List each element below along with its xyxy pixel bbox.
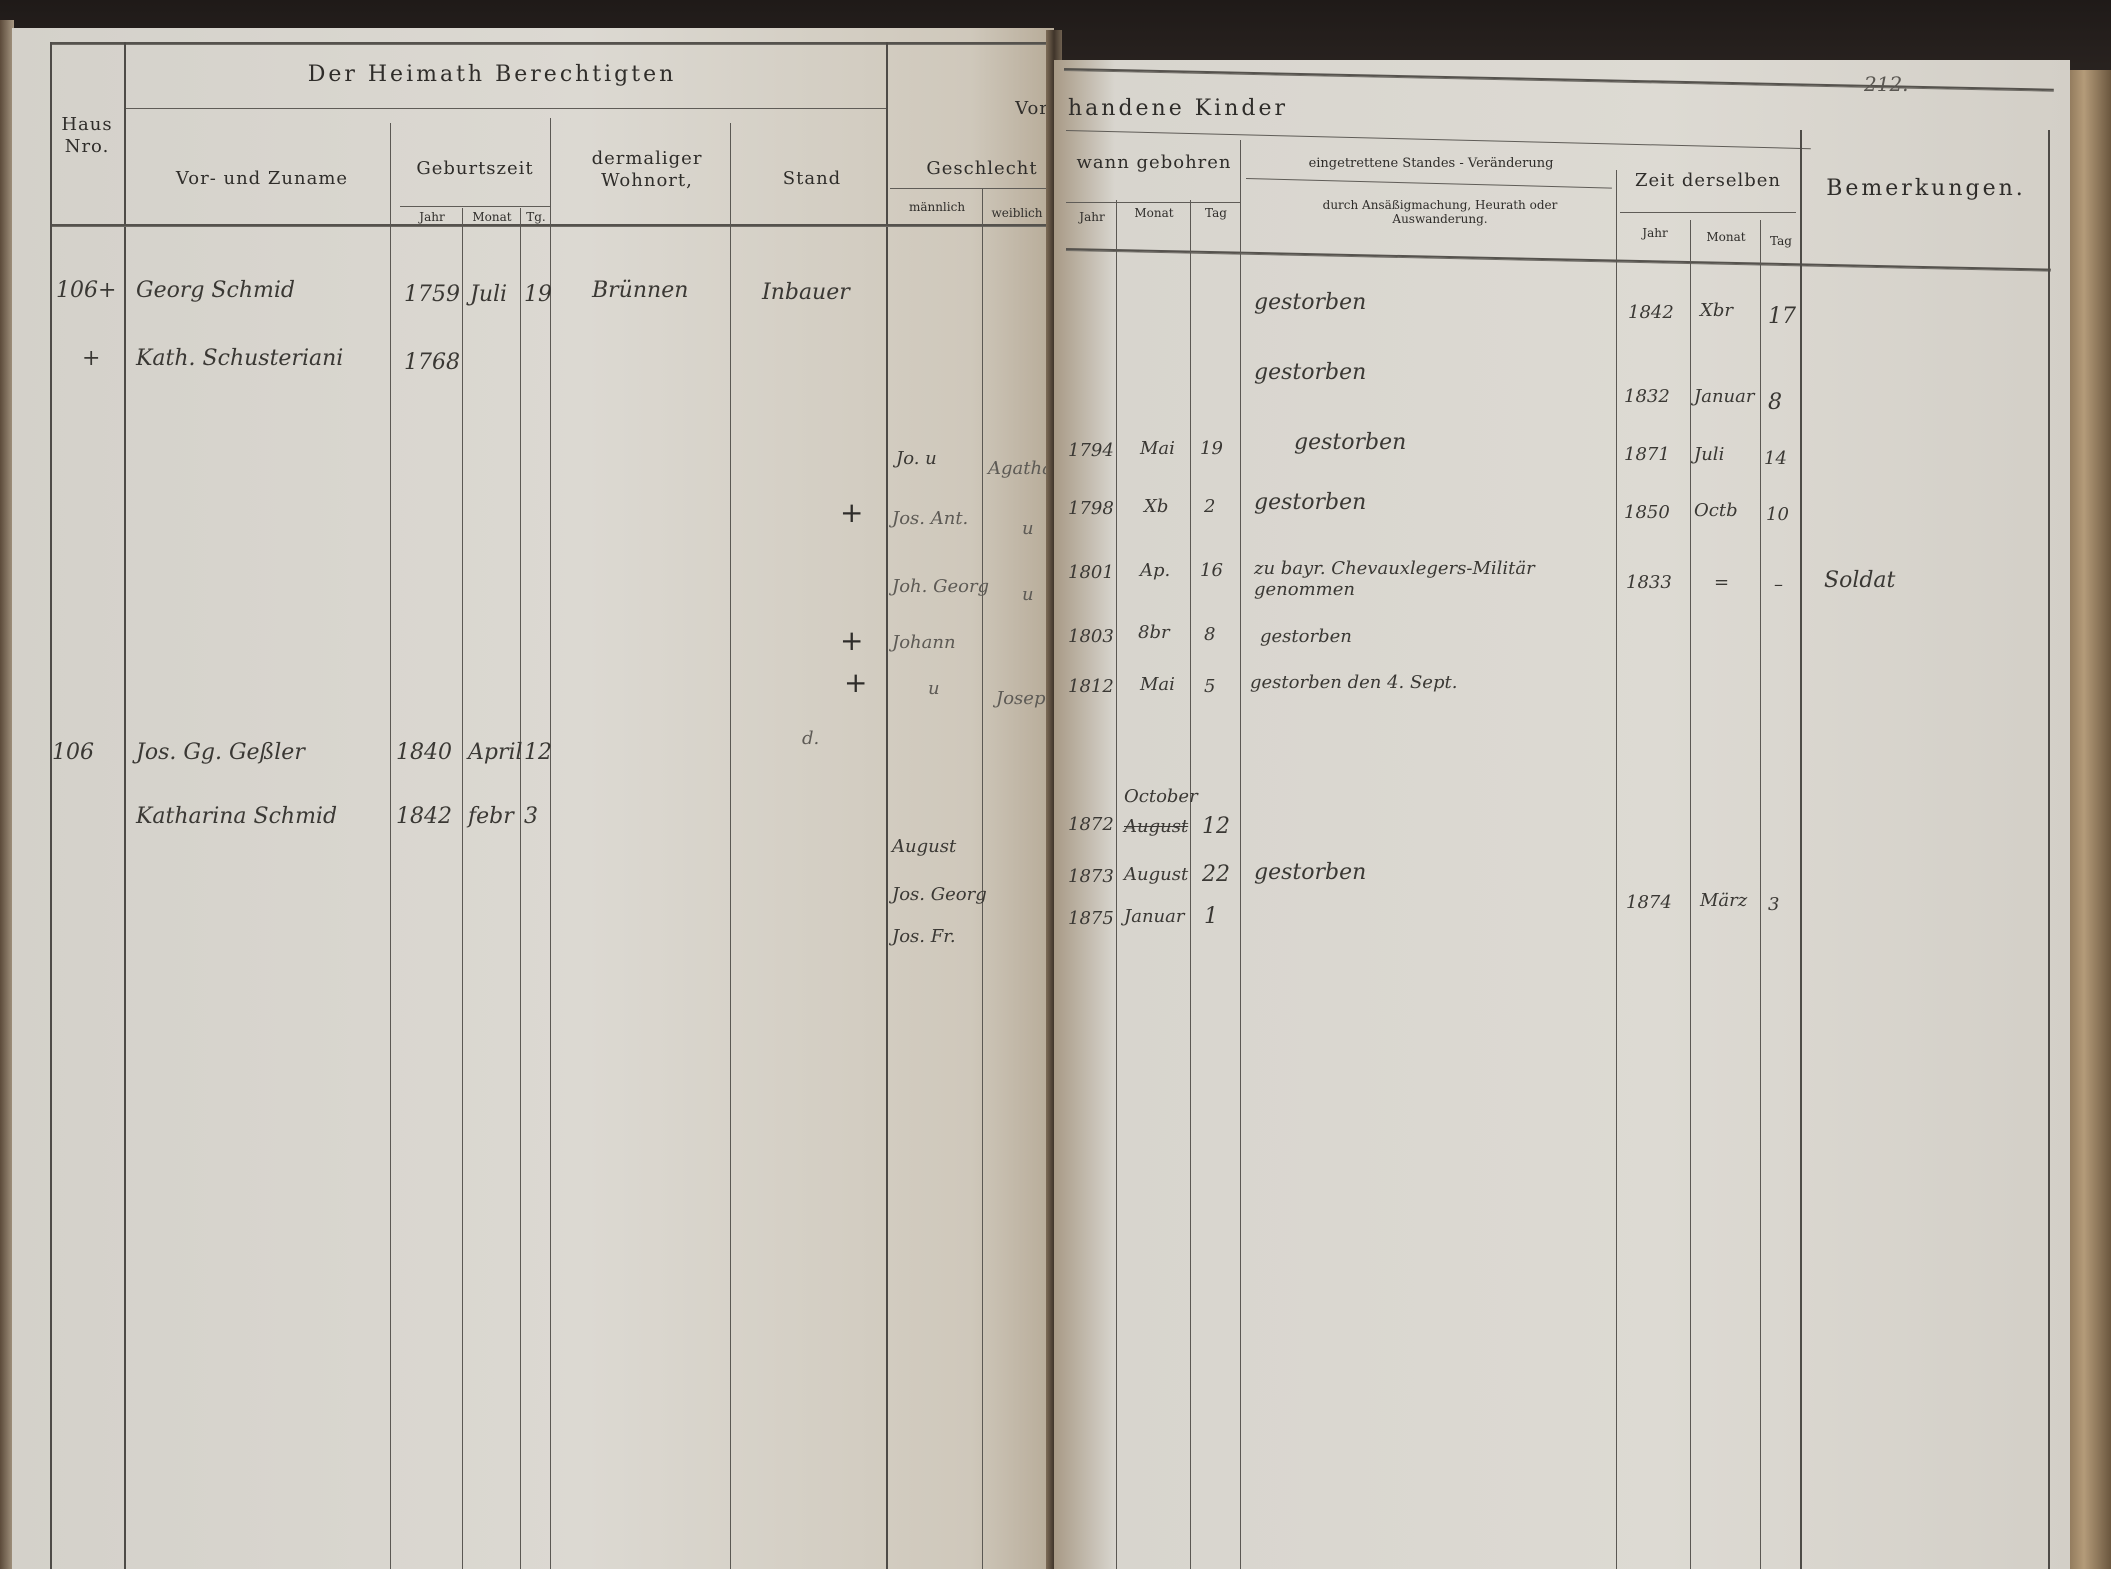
- child-weiblich: u: [1022, 584, 1034, 605]
- z-jahr: 1871: [1624, 444, 1670, 465]
- tag-header: Tg.: [522, 210, 550, 224]
- left-frame-rule: [50, 42, 52, 1569]
- z-tag: –: [1774, 574, 1783, 595]
- top-rule: [52, 42, 1052, 45]
- z-tag: 3: [1768, 894, 1779, 915]
- veraenderung-text: gestorben: [1260, 626, 1352, 647]
- entry-stand: d.: [802, 728, 819, 749]
- geschlecht-sub-rule: [890, 188, 1050, 190]
- geschlecht-col-rule: [886, 42, 888, 1569]
- right-frame-rule: [2048, 130, 2050, 1569]
- g-monat-rule: [1190, 200, 1191, 1569]
- child-weiblich: Agatha: [988, 458, 1053, 479]
- child-maennlich: Jos. Fr.: [892, 926, 956, 947]
- g-monat-header: Monat: [1118, 206, 1190, 220]
- entry-monat: April: [468, 740, 523, 765]
- deceased-cross: +: [840, 496, 863, 529]
- child-maennlich: Jos. Georg: [892, 884, 987, 905]
- veraenderung-text: gestorben den 4. Sept.: [1250, 672, 1457, 693]
- g-tag: 12: [1202, 814, 1230, 839]
- bemerkungen-header: Bemerkungen.: [1806, 176, 2046, 202]
- g-tag: 22: [1202, 862, 1230, 887]
- entry-monat: febr: [468, 804, 514, 829]
- z-jahr: 1832: [1624, 386, 1670, 407]
- g-monat: Januar: [1124, 906, 1184, 927]
- geburt-col-rule: [550, 118, 551, 1569]
- bemerkungen-rule: [1800, 130, 1802, 1569]
- child-maennlich: August: [892, 836, 956, 857]
- wann-gebohren-header: wann gebohren: [1068, 152, 1240, 174]
- g-tag-header: Tag: [1192, 206, 1240, 220]
- wohnort-header: dermaliger Wohnort,: [572, 148, 722, 191]
- entry-jahr: 1759: [404, 282, 460, 307]
- name-col-rule: [390, 123, 391, 1569]
- g-tag: 8: [1204, 624, 1215, 645]
- g-monat: 8br: [1138, 622, 1170, 643]
- left-title: Der Heimath Berechtigten: [212, 62, 772, 88]
- g-monat: October: [1124, 786, 1198, 807]
- g-tag: 2: [1204, 496, 1215, 517]
- entry-tag: 12: [524, 740, 552, 765]
- veraenderung-text: gestorben: [1254, 360, 1366, 385]
- entry-wohnort: Brünnen: [592, 278, 688, 303]
- veraenderung-text: gestorben: [1254, 860, 1366, 885]
- entry-jahr: 1840: [396, 740, 452, 765]
- right-page: 212. handene Kinder wann gebohren Jahr M…: [1054, 60, 2070, 1569]
- haus-nro-header: Haus Nro.: [50, 114, 124, 157]
- weiblich-header: weiblich: [987, 206, 1047, 220]
- veraenderung-sub-header: durch Ansäßigmachung, Heurath oder Auswa…: [1290, 198, 1590, 227]
- stand-header: Stand: [752, 168, 872, 190]
- entry-stand: Inbauer: [762, 280, 850, 305]
- entry-tag: 3: [524, 804, 538, 829]
- z-monat-header: Monat: [1692, 230, 1760, 244]
- entry-name: Jos. Gg. Geßler: [136, 740, 305, 765]
- g-monat-struck: August: [1124, 816, 1188, 837]
- monat-col-rule: [520, 208, 521, 1569]
- title-under-rule: [1066, 130, 1811, 150]
- geburt-sub-rule: [400, 206, 550, 208]
- z-jahr: 1833: [1626, 572, 1672, 593]
- zeit-derselben-header: Zeit derselben: [1620, 170, 1796, 192]
- z-monat: Octb: [1694, 500, 1738, 521]
- z-tag: 8: [1768, 390, 1782, 415]
- haus-col-rule: [124, 42, 126, 1569]
- child-maennlich: u: [928, 678, 940, 699]
- wohnort-col-rule: [730, 123, 731, 1569]
- g-jahr: 1873: [1068, 866, 1114, 887]
- z-monat-rule: [1760, 220, 1761, 1569]
- jahr-header: Jahr: [404, 210, 460, 224]
- g-monat: Xb: [1144, 496, 1168, 517]
- entry-name: Kath. Schusteriani: [136, 346, 343, 371]
- gebohren-sub-rule: [1066, 202, 1240, 204]
- geschlecht-header: Geschlecht: [912, 158, 1052, 180]
- z-monat: =: [1714, 572, 1729, 593]
- right-title: handene Kinder: [1068, 96, 1308, 122]
- z-jahr-rule: [1690, 220, 1691, 1569]
- z-tag: 14: [1764, 448, 1787, 469]
- entry-jahr: 1768: [404, 350, 460, 375]
- veraenderung-text: gestorben: [1294, 430, 1406, 455]
- header-bottom-rule: [1066, 248, 2051, 272]
- page-number: 212.: [1864, 72, 1909, 96]
- deceased-cross: +: [840, 624, 863, 657]
- g-jahr-rule: [1116, 200, 1117, 1569]
- maennlich-header: männlich: [892, 200, 982, 214]
- title-under-rule: [126, 108, 886, 110]
- veraenderung-rule: [1616, 170, 1617, 1569]
- child-maennlich: Jo. u: [896, 448, 937, 469]
- z-monat: Juli: [1694, 444, 1724, 465]
- g-jahr: 1875: [1068, 908, 1114, 929]
- z-monat: Januar: [1694, 386, 1754, 407]
- g-tag: 16: [1200, 560, 1223, 581]
- child-maennlich: Joh. Georg: [892, 576, 989, 597]
- g-jahr-header: Jahr: [1068, 210, 1116, 224]
- z-jahr: 1874: [1626, 892, 1672, 913]
- g-monat: Ap.: [1140, 560, 1170, 581]
- g-monat: August: [1124, 864, 1188, 885]
- veraenderung-sub-rule: [1246, 178, 1612, 190]
- veraenderung-header: eingetrettene Standes - Veränderung: [1250, 156, 1612, 172]
- child-weiblich: u: [1022, 518, 1034, 539]
- z-monat: März: [1700, 890, 1747, 911]
- g-monat: Mai: [1140, 438, 1175, 459]
- zeit-sub-rule: [1620, 212, 1796, 214]
- child-maennlich: Jos. Ant.: [892, 508, 968, 529]
- book-edge-right: [2066, 70, 2111, 1569]
- g-jahr: 1794: [1068, 440, 1114, 461]
- g-tag: 1: [1204, 904, 1218, 929]
- monat-header: Monat: [464, 210, 520, 224]
- entry-tag: 19: [524, 282, 552, 307]
- z-tag: 17: [1768, 304, 1796, 329]
- g-jahr: 1803: [1068, 626, 1114, 647]
- entry-haus: +: [82, 346, 100, 371]
- z-jahr: 1850: [1624, 502, 1670, 523]
- bemerkung-text: Soldat: [1824, 568, 1895, 593]
- z-tag: 10: [1766, 504, 1789, 525]
- g-jahr: 1872: [1068, 814, 1114, 835]
- veraenderung-text: zu bayr. Chevauxlegers-Militär genommen: [1254, 558, 1594, 600]
- z-jahr-header: Jahr: [1620, 226, 1690, 240]
- g-monat: Mai: [1140, 674, 1175, 695]
- veraenderung-text: gestorben: [1254, 290, 1366, 315]
- entry-haus: 106+: [56, 278, 116, 303]
- entry-monat: Juli: [470, 282, 507, 307]
- deceased-cross: +: [844, 666, 867, 699]
- left-page: Der Heimath Berechtigten Vor Haus Nro. V…: [12, 28, 1054, 1569]
- entry-jahr: 1842: [396, 804, 452, 829]
- g-tag: 5: [1204, 676, 1215, 697]
- g-jahr: 1801: [1068, 562, 1114, 583]
- jahr-col-rule: [462, 208, 463, 1569]
- g-tag-rule: [1240, 140, 1241, 1569]
- g-jahr: 1812: [1068, 676, 1114, 697]
- entry-name: Katharina Schmid: [136, 804, 337, 829]
- z-monat: Xbr: [1700, 300, 1733, 321]
- z-jahr: 1842: [1628, 302, 1674, 323]
- maennlich-col-rule: [982, 188, 983, 1569]
- veraenderung-text: gestorben: [1254, 490, 1366, 515]
- g-jahr: 1798: [1068, 498, 1114, 519]
- header-bottom-rule: [52, 224, 1052, 227]
- child-maennlich: Johann: [892, 632, 956, 653]
- g-tag: 19: [1200, 438, 1223, 459]
- name-header: Vor- und Zuname: [142, 168, 382, 190]
- z-tag-header: Tag: [1762, 234, 1800, 248]
- geburtszeit-header: Geburtszeit: [400, 158, 550, 180]
- entry-haus: 106: [52, 740, 94, 765]
- entry-name: Georg Schmid: [136, 278, 295, 303]
